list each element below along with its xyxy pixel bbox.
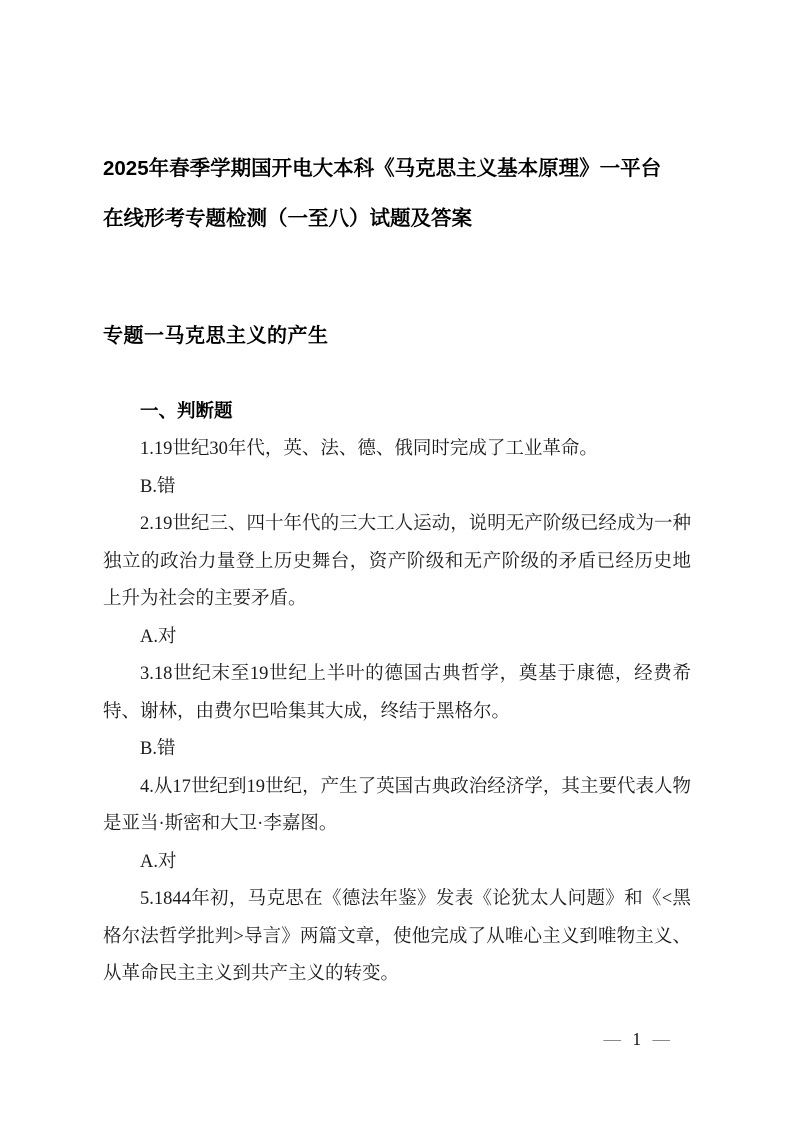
footer-dash-right: — bbox=[653, 1029, 671, 1049]
document-title-line-2: 在线形考专题检测（一至八）试题及答案 bbox=[103, 194, 691, 244]
question-4: 4.从17世纪到19世纪，产生了英国古典政治经济学，其主要代表人物是亚当·斯密和… bbox=[103, 769, 691, 844]
page-number: 1 bbox=[625, 1029, 648, 1049]
answer-1: B.错 bbox=[103, 469, 691, 507]
document-page: 2025年春季学期国开电大本科《马克思主义基本原理》一平台 在线形考专题检测（一… bbox=[0, 0, 794, 1122]
answer-4: A.对 bbox=[103, 844, 691, 882]
question-3: 3.18世纪末至19世纪上半叶的德国古典哲学，奠基于康德，经费希特、谢林，由费尔… bbox=[103, 656, 691, 731]
question-list: 1.19世纪30年代，英、法、德、俄同时完成了工业革命。 B.错 2.19世纪三… bbox=[103, 431, 691, 994]
subsection-heading: 一、判断题 bbox=[103, 398, 691, 424]
question-2: 2.19世纪三、四十年代的三大工人运动，说明无产阶级已经成为一种独立的政治力量登… bbox=[103, 506, 691, 619]
document-title: 2025年春季学期国开电大本科《马克思主义基本原理》一平台 在线形考专题检测（一… bbox=[103, 144, 691, 244]
page-footer: — 1 — bbox=[604, 1028, 671, 1050]
question-1: 1.19世纪30年代，英、法、德、俄同时完成了工业革命。 bbox=[103, 431, 691, 469]
answer-2: A.对 bbox=[103, 619, 691, 657]
answer-3: B.错 bbox=[103, 731, 691, 769]
section-heading: 专题一马克思主义的产生 bbox=[103, 322, 691, 350]
document-title-line-1: 2025年春季学期国开电大本科《马克思主义基本原理》一平台 bbox=[103, 144, 691, 194]
question-5: 5.1844年初，马克思在《德法年鉴》发表《论犹太人问题》和《<黑格尔法哲学批判… bbox=[103, 881, 691, 994]
footer-dash-left: — bbox=[604, 1029, 622, 1049]
